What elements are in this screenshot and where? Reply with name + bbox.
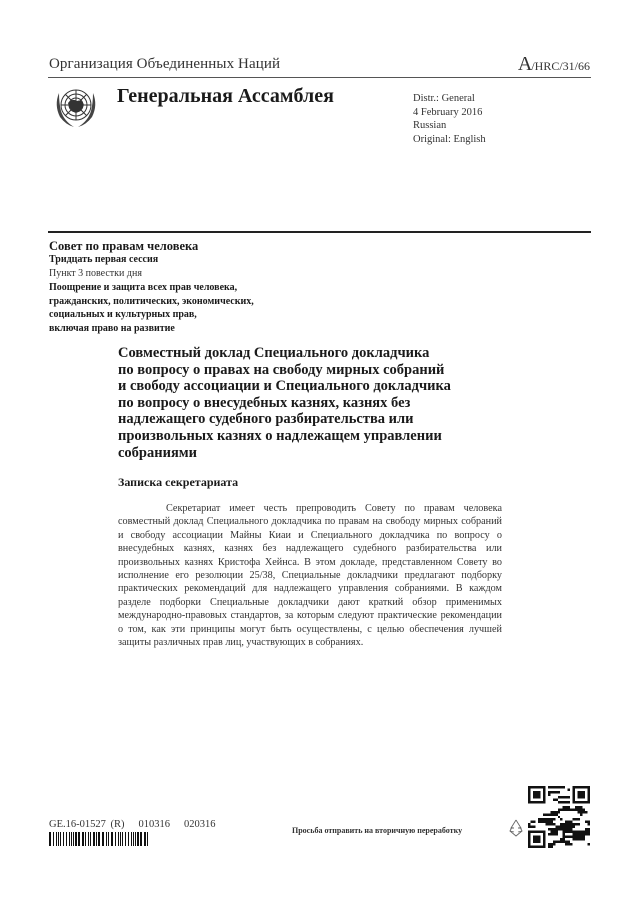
council-name: Совет по правам человека (49, 239, 198, 253)
header-rule (48, 77, 591, 78)
organization-name: Организация Объединенных Наций (49, 56, 280, 73)
agenda-title-line: гражданских, политических, экономических… (49, 295, 254, 309)
distr-line: Distr.: General (413, 92, 486, 106)
agenda-title-line: социальных и культурных прав, (49, 308, 254, 322)
document-symbol: A/HRC/31/66 (518, 53, 590, 76)
title-line: собраниями (118, 445, 518, 462)
date-line: 4 February 2016 (413, 106, 486, 120)
symbol-rest: /HRC/31/66 (531, 59, 590, 73)
title-line: надлежащего судебного разбирательства ил… (118, 411, 518, 428)
job-date-1: 010316 (139, 819, 171, 830)
document-title: Совместный доклад Специального докладчик… (118, 345, 518, 461)
recycle-icon (507, 818, 525, 838)
assembly-title: Генеральная Ассамблея (117, 85, 334, 108)
barcode-icon (49, 832, 151, 846)
distribution-info: Distr.: General 4 February 2016 Russian … (413, 92, 486, 146)
agenda-item: Пункт 3 повестки дня (49, 268, 142, 279)
agenda-title-line: Поощрение и защита всех прав человека, (49, 281, 254, 295)
note-heading: Записка секретариата (118, 475, 238, 490)
section-rule (48, 231, 591, 233)
agenda-title: Поощрение и защита всех прав человека, г… (49, 281, 254, 335)
title-line: Совместный доклад Специального докладчик… (118, 345, 518, 362)
symbol-prefix: A (518, 53, 531, 75)
body-paragraph: Секретариат имеет честь препроводить Сов… (118, 502, 502, 649)
original-language-line: Original: English (413, 133, 486, 147)
title-line: и свободу ассоциации и Специального докл… (118, 378, 518, 395)
title-line: произвольных казнях о надлежащем управле… (118, 428, 518, 445)
recycle-note: Просьба отправить на вторичную переработ… (292, 826, 462, 835)
agenda-title-line: включая право на развитие (49, 322, 254, 336)
un-emblem-icon (50, 83, 102, 131)
language-line: Russian (413, 119, 486, 133)
title-line: по вопросу о внесудебных казнях, казнях … (118, 395, 518, 412)
title-line: по вопросу о правах на свободу мирных со… (118, 362, 518, 379)
session-name: Тридцать первая сессия (49, 254, 158, 265)
qr-code-icon (528, 786, 590, 848)
job-date-2: 020316 (184, 819, 216, 830)
job-number: GE.16-01527 (R)010316020316 (49, 819, 230, 830)
job-number-code: GE.16-01527 (R) (49, 819, 125, 830)
